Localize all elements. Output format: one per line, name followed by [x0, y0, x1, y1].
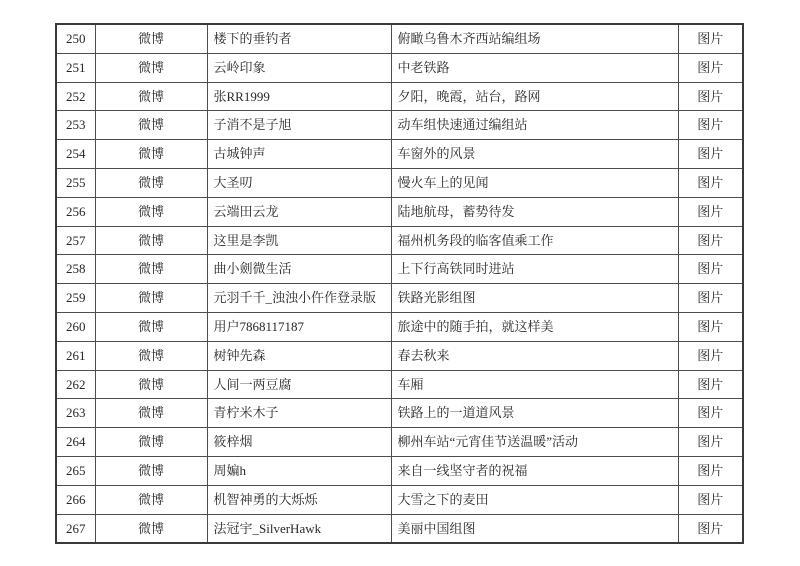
media-type-cell: 图片: [678, 226, 743, 255]
media-type-cell: 图片: [678, 312, 743, 341]
row-index-cell: 253: [56, 111, 95, 140]
table-row: 267 微博 法冠宇_SilverHawk 美丽中国组图 图片: [56, 514, 743, 543]
media-type-cell: 图片: [678, 24, 743, 53]
description-cell: 车厢: [391, 370, 678, 399]
platform-cell: 微博: [95, 456, 207, 485]
platform-cell: 微博: [95, 284, 207, 313]
description-cell: 夕阳，晚霞，站台，路网: [391, 82, 678, 111]
username-cell: 张RR1999: [207, 82, 391, 111]
table-row: 263 微博 青柠米木子 铁路上的一道道风景 图片: [56, 399, 743, 428]
platform-cell: 微博: [95, 82, 207, 111]
media-type-cell: 图片: [678, 370, 743, 399]
row-index-cell: 257: [56, 226, 95, 255]
media-type-cell: 图片: [678, 82, 743, 111]
row-index-cell: 250: [56, 24, 95, 53]
table-row: 256 微博 云端田云龙 陆地航母，蓄势待发 图片: [56, 197, 743, 226]
username-cell: 青柠米木子: [207, 399, 391, 428]
media-type-cell: 图片: [678, 53, 743, 82]
description-cell: 旅途中的随手拍，就这样美: [391, 312, 678, 341]
username-cell: 用户7868117187: [207, 312, 391, 341]
row-index-cell: 260: [56, 312, 95, 341]
username-cell: 元羽千千_浊浊小仵作登录版: [207, 284, 391, 313]
row-index-cell: 261: [56, 341, 95, 370]
row-index-cell: 254: [56, 140, 95, 169]
table-row: 261 微博 树钟先森 春去秋来 图片: [56, 341, 743, 370]
description-cell: 车窗外的风景: [391, 140, 678, 169]
platform-cell: 微博: [95, 485, 207, 514]
username-cell: 人间一两豆腐: [207, 370, 391, 399]
row-index-cell: 256: [56, 197, 95, 226]
media-type-cell: 图片: [678, 168, 743, 197]
description-cell: 俯瞰乌鲁木齐西站编组场: [391, 24, 678, 53]
table-row: 254 微博 古城钟声 车窗外的风景 图片: [56, 140, 743, 169]
table-row: 264 微博 筱梓烟 柳州车站“元宵佳节送温暖”活动 图片: [56, 428, 743, 457]
row-index-cell: 259: [56, 284, 95, 313]
table-row: 252 微博 张RR1999 夕阳，晚霞，站台，路网 图片: [56, 82, 743, 111]
row-index-cell: 255: [56, 168, 95, 197]
row-index-cell: 252: [56, 82, 95, 111]
username-cell: 云岭印象: [207, 53, 391, 82]
username-cell: 大圣叨: [207, 168, 391, 197]
platform-cell: 微博: [95, 140, 207, 169]
platform-cell: 微博: [95, 370, 207, 399]
media-type-cell: 图片: [678, 284, 743, 313]
media-type-cell: 图片: [678, 514, 743, 543]
username-cell: 楼下的垂钓者: [207, 24, 391, 53]
username-cell: 云端田云龙: [207, 197, 391, 226]
table-row: 258 微博 曲小劍微生活 上下行高铁同时进站 图片: [56, 255, 743, 284]
description-cell: 陆地航母，蓄势待发: [391, 197, 678, 226]
row-index-cell: 266: [56, 485, 95, 514]
media-type-cell: 图片: [678, 399, 743, 428]
media-type-cell: 图片: [678, 255, 743, 284]
media-type-cell: 图片: [678, 428, 743, 457]
description-cell: 来自一线坚守者的祝福: [391, 456, 678, 485]
table-row: 259 微博 元羽千千_浊浊小仵作登录版 铁路光影组图 图片: [56, 284, 743, 313]
platform-cell: 微博: [95, 168, 207, 197]
username-cell: 这里是李凯: [207, 226, 391, 255]
description-cell: 慢火车上的见闻: [391, 168, 678, 197]
row-index-cell: 267: [56, 514, 95, 543]
weibo-media-table: 250 微博 楼下的垂钓者 俯瞰乌鲁木齐西站编组场 图片 251 微博 云岭印象…: [55, 23, 744, 544]
platform-cell: 微博: [95, 428, 207, 457]
username-cell: 曲小劍微生活: [207, 255, 391, 284]
platform-cell: 微博: [95, 312, 207, 341]
table-row: 266 微博 机智神勇的大烁烁 大雪之下的麦田 图片: [56, 485, 743, 514]
table-body: 250 微博 楼下的垂钓者 俯瞰乌鲁木齐西站编组场 图片 251 微博 云岭印象…: [56, 24, 743, 543]
description-cell: 美丽中国组图: [391, 514, 678, 543]
description-cell: 铁路光影组图: [391, 284, 678, 313]
platform-cell: 微博: [95, 341, 207, 370]
username-cell: 筱梓烟: [207, 428, 391, 457]
platform-cell: 微博: [95, 226, 207, 255]
media-type-cell: 图片: [678, 111, 743, 140]
description-cell: 铁路上的一道道风景: [391, 399, 678, 428]
table-row: 265 微博 周媥h 来自一线坚守者的祝福 图片: [56, 456, 743, 485]
media-type-cell: 图片: [678, 485, 743, 514]
media-type-cell: 图片: [678, 140, 743, 169]
row-index-cell: 263: [56, 399, 95, 428]
table-row: 250 微博 楼下的垂钓者 俯瞰乌鲁木齐西站编组场 图片: [56, 24, 743, 53]
platform-cell: 微博: [95, 53, 207, 82]
username-cell: 周媥h: [207, 456, 391, 485]
description-cell: 柳州车站“元宵佳节送温暖”活动: [391, 428, 678, 457]
row-index-cell: 258: [56, 255, 95, 284]
username-cell: 树钟先森: [207, 341, 391, 370]
table-row: 253 微博 子消不是子旭 动车组快速通过编组站 图片: [56, 111, 743, 140]
username-cell: 机智神勇的大烁烁: [207, 485, 391, 514]
platform-cell: 微博: [95, 255, 207, 284]
username-cell: 子消不是子旭: [207, 111, 391, 140]
platform-cell: 微博: [95, 514, 207, 543]
platform-cell: 微博: [95, 197, 207, 226]
platform-cell: 微博: [95, 399, 207, 428]
media-type-cell: 图片: [678, 456, 743, 485]
description-cell: 动车组快速通过编组站: [391, 111, 678, 140]
media-type-cell: 图片: [678, 341, 743, 370]
table-row: 251 微博 云岭印象 中老铁路 图片: [56, 53, 743, 82]
row-index-cell: 251: [56, 53, 95, 82]
media-type-cell: 图片: [678, 197, 743, 226]
description-cell: 春去秋来: [391, 341, 678, 370]
platform-cell: 微博: [95, 111, 207, 140]
table-row: 260 微博 用户7868117187 旅途中的随手拍，就这样美 图片: [56, 312, 743, 341]
description-cell: 福州机务段的临客值乘工作: [391, 226, 678, 255]
username-cell: 法冠宇_SilverHawk: [207, 514, 391, 543]
row-index-cell: 264: [56, 428, 95, 457]
table-row: 257 微博 这里是李凯 福州机务段的临客值乘工作 图片: [56, 226, 743, 255]
description-cell: 中老铁路: [391, 53, 678, 82]
table-row: 262 微博 人间一两豆腐 车厢 图片: [56, 370, 743, 399]
description-cell: 大雪之下的麦田: [391, 485, 678, 514]
platform-cell: 微博: [95, 24, 207, 53]
description-cell: 上下行高铁同时进站: [391, 255, 678, 284]
scanned-document-page: 250 微博 楼下的垂钓者 俯瞰乌鲁木齐西站编组场 图片 251 微博 云岭印象…: [0, 0, 800, 566]
row-index-cell: 262: [56, 370, 95, 399]
table-row: 255 微博 大圣叨 慢火车上的见闻 图片: [56, 168, 743, 197]
username-cell: 古城钟声: [207, 140, 391, 169]
row-index-cell: 265: [56, 456, 95, 485]
